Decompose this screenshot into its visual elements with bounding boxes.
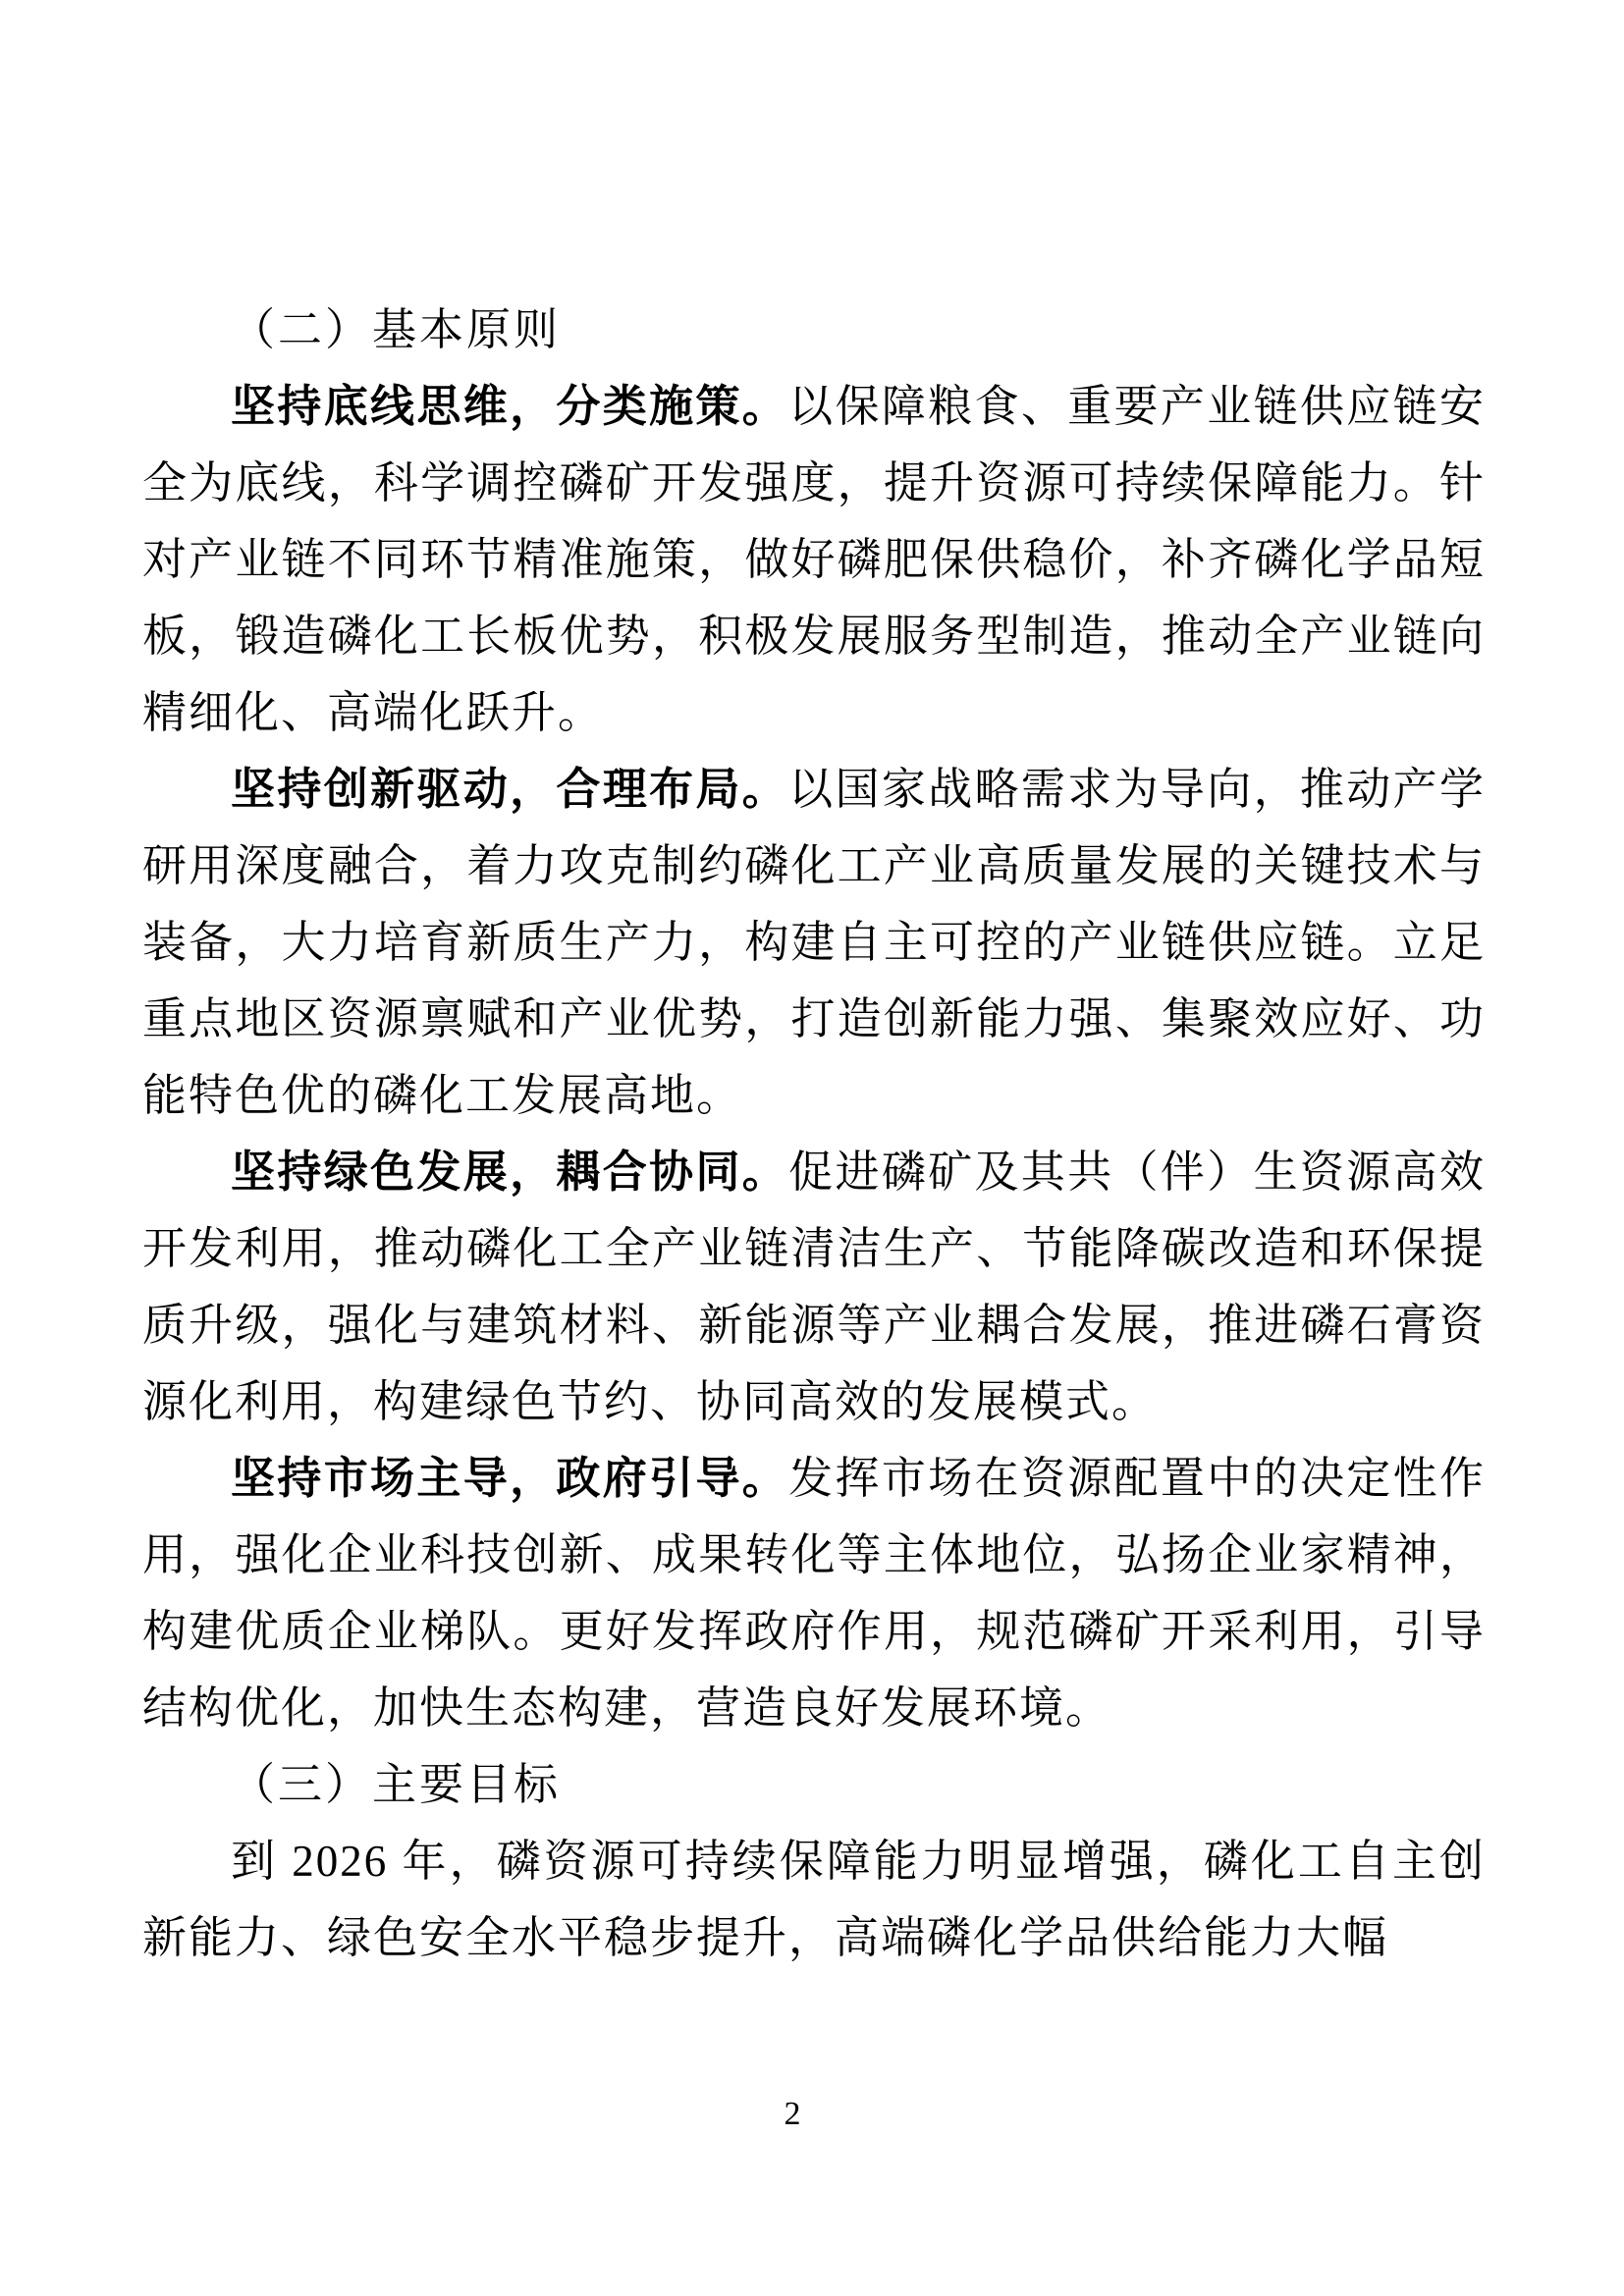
section-heading-main-goals: （三）主要目标: [142, 1746, 1486, 1823]
document-content: （二）基本原则 坚持底线思维，分类施策。以保障粮食、重要产业链供应链安全为底线，…: [142, 292, 1486, 1976]
paragraph-bottom-line-thinking: 坚持底线思维，分类施策。以保障粮食、重要产业链供应链安全为底线，科学调控磷矿开发…: [142, 368, 1486, 751]
document-page: （二）基本原则 坚持底线思维，分类施策。以保障粮食、重要产业链供应链安全为底线，…: [0, 0, 1624, 2296]
paragraph-green-development: 坚持绿色发展，耦合协同。促进磷矿及其共（伴）生资源高效开发利用，推动磷化工全产业…: [142, 1134, 1486, 1440]
paragraph-body: 以国家战略需求为导向，推动产学研用深度融合，着力攻克制约磷化工产业高质量发展的关…: [142, 765, 1486, 1120]
paragraph-market-led: 坚持市场主导，政府引导。发挥市场在资源配置中的决定性作用，强化企业科技创新、成果…: [142, 1440, 1486, 1746]
paragraph-lead: 坚持底线思维，分类施策。: [231, 382, 788, 431]
section-heading-basic-principles: （二）基本原则: [142, 292, 1486, 368]
paragraph-body: 以保障粮食、重要产业链供应链安全为底线，科学调控磷矿开发强度，提升资源可持续保障…: [142, 382, 1486, 737]
paragraph-innovation-driven: 坚持创新驱动，合理布局。以国家战略需求为导向，推动产学研用深度融合，着力攻克制约…: [142, 751, 1486, 1134]
paragraph-lead: 坚持绿色发展，耦合协同。: [231, 1148, 788, 1197]
paragraph-lead: 坚持创新驱动，合理布局。: [231, 765, 788, 814]
page-number: 2: [0, 2095, 1585, 2134]
paragraph-lead: 坚持市场主导，政府引导。: [231, 1454, 788, 1503]
paragraph-goals-2026: 到 2026 年，磷资源可持续保障能力明显增强，磷化工自主创新能力、绿色安全水平…: [142, 1823, 1486, 1976]
